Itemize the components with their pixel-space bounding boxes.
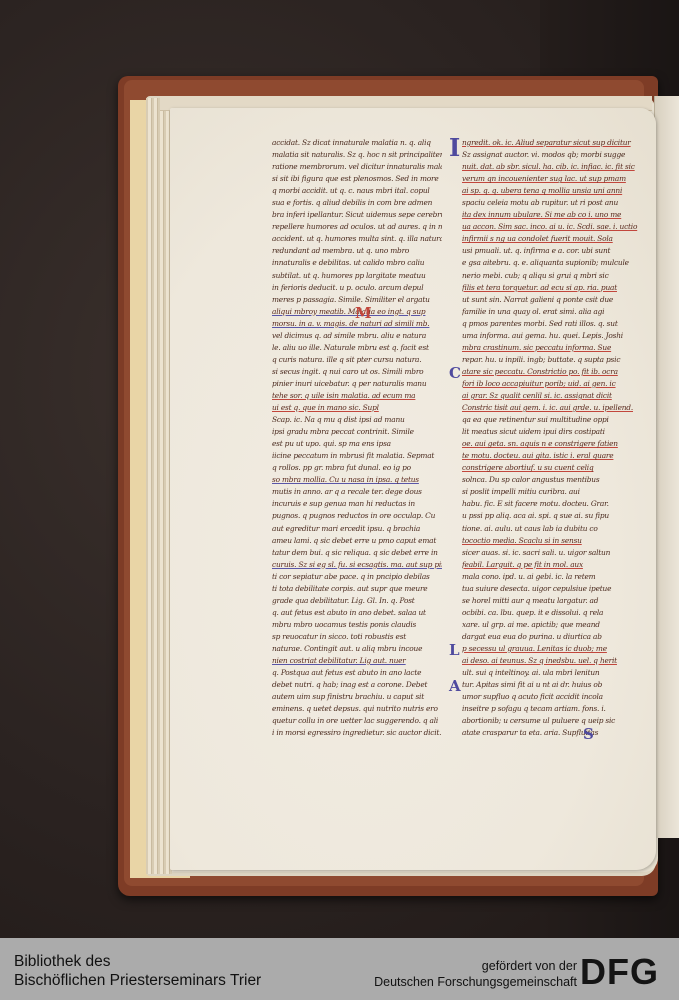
text-line: uma informa. aui gema. hu. quei. Lepis. … [462,330,638,342]
initial-i-icon: I [449,133,460,162]
text-line: q pmos parentes morbi. Sed rati illos. q… [462,318,638,330]
text-line: umor supfluo q acuto ficit accidit incol… [462,691,638,703]
text-line: nien costriat debilitatur. Lig aut. nuer [272,655,442,667]
text-line: q curis natura. ille q sit pter cursu na… [272,354,442,366]
initial-s-icon: S [583,725,594,743]
text-line: autem uim sup finistru brachiu. u caput … [272,691,442,703]
text-line: usi pmuali. ut. q. infirma e a. cor. ubi… [462,245,638,257]
text-line: spaciu celeia motu ab rupitur. ut ri pos… [462,197,638,209]
leaf-edges [146,98,172,874]
text-line: si sit ibi figura que est plenosmos. Sed… [272,173,442,185]
text-line: ti tota debilitate corpis. aut supr que … [272,583,442,595]
text-line: subtilat. ut q. humores pp largitate mea… [272,270,442,282]
text-line: se horel mitti aur q meatu largatur. ad [462,595,638,607]
text-line: accidat. Sz dicat innaturale malatia n. … [272,137,442,149]
text-line: u pssi pp aliq. aca ai. spi. q sue ai. s… [462,510,638,522]
text-line: ti cor sepiatur abe pace. q in pncipio d… [272,571,442,583]
institution-line-2: Bischöflichen Priesterseminars Trier [14,971,261,990]
text-line: qa ea que retinentur sui multitudine opp… [462,414,638,426]
dfg-logo: DFG [580,954,659,990]
text-line: quetur collu in ore uetter lac suggerend… [272,715,442,727]
text-line: i in morsi egressiro ingredietur. sic au… [272,727,442,739]
text-line: solnca. Du sp calor angustus mentibus [462,474,638,486]
text-line: ocbibi. ca. lbu. quep. it e dissolui. q … [462,607,638,619]
initial-l-icon: L [449,641,460,659]
text-line: q rollos. pp gr. mbra fut dunal. eo ig p… [272,462,442,474]
text-line: mbru mbro uocamus testis ponis claudis [272,619,442,631]
text-line: ipsi gradu mbra peccat contrinit. Simile [272,426,442,438]
right-text-column: ngredit. ok. ic. Aliud separatur sicut s… [462,137,638,739]
text-line: fori ib loco accapiuitur porib; uid. ai … [462,378,638,390]
text-line: ua accon. Sim sac. inco. ai u. ic. Scdi.… [462,221,638,233]
text-line: atare sic peccatu. Constrictio po. fit i… [462,366,638,378]
text-line: infirmii s ng ua condolet fuerit mouit. … [462,233,638,245]
text-line: lit meatus sicut uidem ipui dirs costipa… [462,426,638,438]
text-line: ratione membrorum. vel dicitur innatural… [272,161,442,173]
text-line: debet nutri. q hab; inag est a corone. D… [272,679,442,691]
text-line: nerio mebi. cub; q aliqu si grui q mbri … [462,270,638,282]
text-line: tococtio media. Scaclu si in sensu [462,535,638,547]
text-line: abortionib; u cersume ul puluere q ueip … [462,715,638,727]
text-line: Sz assignat auctor. vi. modos qb; morbi … [462,149,638,161]
text-line: pinier inuri uicebatur. q per naturalis … [272,378,442,390]
funding-line-1: gefördert von der [374,958,577,974]
text-line: tione. ai. aulu. ut caus lab ia dubitu c… [462,523,638,535]
text-line: si secus ingit. q nui caro ut os. Simili… [272,366,442,378]
text-line: sicer auas. si. ic. sacri sali. u. uigor… [462,547,638,559]
institution-credit: Bibliothek des Bischöflichen Priestersem… [14,952,261,990]
funding-line-2: Deutschen Forschungsgemeinschaft [374,974,577,990]
text-line: eminens. q uetet depsus. qui nutrito nut… [272,703,442,715]
text-line: le. aliu uo ille. Naturale mbru est q. f… [272,342,442,354]
text-line: q. aut fetus est abuto in ano debet. sal… [272,607,442,619]
initial-c-icon: C [449,364,461,382]
text-line: redundant ad membra. ut q. uno mbro [272,245,442,257]
text-line: ui est q. que in mano sic. Supl [272,402,442,414]
text-line: sp reuocatur in sicco. toti robustis est [272,631,442,643]
initial-m-icon: M [355,304,372,322]
text-line: atate crasparur ta eta. aria. Supfluitas [462,727,638,739]
text-line: tehe sor. q uile isin malatia. ad ecum m… [272,390,442,402]
text-line: naturae. Contingit aut. u aliq mbru inco… [272,643,442,655]
text-line: ai sp. q. q. ubera tena q mollia unsia u… [462,185,638,197]
text-line: ngredit. ok. ic. Aliud separatur sicut s… [462,137,638,149]
funding-credit: gefördert von der Deutschen Forschungsge… [374,958,577,990]
text-line: inseitre p sofagu q tecam artiam. fons. … [462,703,638,715]
text-line: in ferioris deducit. u p. oculo. arcum d… [272,282,442,294]
text-line: oe. aui geta. sn. aquis n e constrigere … [462,438,638,450]
text-line: grade qua debilitatur. Lig. Gl. In. q. P… [272,595,442,607]
text-line: ut sunt sin. Narrat galieni q ponte csit… [462,294,638,306]
text-line: e gsa aitebru. q. e. aliquanta supionib;… [462,257,638,269]
text-line: feabil. Larguit. q pe fit in mol. aux [462,559,638,571]
text-line: habu. fic. E sit facere motu. docteu. Gr… [462,498,638,510]
text-line: est pu ut upo. qui. sp ma ens ipsa [272,438,442,450]
text-line: incuruis e sup genua man hi reductas in [272,498,442,510]
text-line: tur. Apitas simi fit ai u nt ai dr. huiu… [462,679,638,691]
text-line: curuis. Sz si eg sl. fu. si ecsagtis. ma… [272,559,442,571]
text-line: te motu. docteu. aui gita. istic i. eral… [462,450,638,462]
text-line: filis et tera torquetur. ad ecu si ap. r… [462,282,638,294]
text-line: sua e fortis. q aliud debilis in com bre… [272,197,442,209]
text-line: ai deso. ai teunus. Sz q inedsbu. uel. q… [462,655,638,667]
text-line: ameu lami. q sic debet erre u pmo caput … [272,535,442,547]
text-line: nuit. dat. ab sbr. sicul. ha. cib. ic. i… [462,161,638,173]
text-line: tua suiure desecta. uigor cepulsiue ipet… [462,583,638,595]
text-line: constrigere abortiuf. u su cuent celiq [462,462,638,474]
text-line: repar. hu. u inpili. ingb; buttate. q su… [462,354,638,366]
text-line: malatia sit naturalis. Sz q. hoc n sit p… [272,149,442,161]
text-line: vel dicimus q. ad simile mbru. aliu e na… [272,330,442,342]
text-line: xare. ul grp. ai me. apictib; que meand [462,619,638,631]
text-line: si poslit impelli mitiu curibra. aui [462,486,638,498]
facing-page-edge [654,96,679,838]
text-line: iicine peccatum in mbrusi fit malatia. S… [272,450,442,462]
text-line: so mbra mollia. Cu u nasa in ipsa. q tet… [272,474,442,486]
text-line: ult. sui q inteltinoy. ai. ula mbri leni… [462,667,638,679]
left-text-column: accidat. Sz dicat innaturale malatia n. … [272,137,442,739]
text-line: ai grar. Sz qualit cenlil si. ic. assign… [462,390,638,402]
text-line: repellere humores ad oculos. ut ad aures… [272,221,442,233]
text-line: q morbi accidit. ut q. c. naus mbri ital… [272,185,442,197]
text-line: Scap. ic. Na q mu q dist ipsi ad manu [272,414,442,426]
text-line: tatur dem bui. q sic reliqua. q sic debe… [272,547,442,559]
text-line: accident. ut q. humores multa sint. q. i… [272,233,442,245]
text-line: bra inferi ipellantur. Sicut uidemus sep… [272,209,442,221]
text-line: mutis in anno. ar q a recale ter. dege d… [272,486,442,498]
text-line: q. Postqua aut fetus est abuto in ano la… [272,667,442,679]
text-line: familie in una quay ol. erat simi. alia … [462,306,638,318]
institution-line-1: Bibliothek des [14,952,261,971]
initial-a-icon: A [449,677,461,695]
text-line: ita dex innum ubulare. Si me ab co i. un… [462,209,638,221]
text-line: Constric tisit aui gem. i. ic. aui grde.… [462,402,638,414]
text-line: dargat eua eua do purina. u diurtica ab [462,631,638,643]
text-line: verum qn incouenienter sug lac. ut sup p… [462,173,638,185]
text-line: mala cono. ipd. u. ai gebi. ic. la retem [462,571,638,583]
text-line: innaturalis e debilitas. ut calido mbro … [272,257,442,269]
text-line: p secessu ul grauua. Lenitas ic duob; me [462,643,638,655]
text-line: pugnos. q pugnos reductos in ore occulap… [272,510,442,522]
text-line: aut egreditur mari ercedit ipsu. q brach… [272,523,442,535]
text-line: mbra crastinum. sic peccatu informa. Sue [462,342,638,354]
